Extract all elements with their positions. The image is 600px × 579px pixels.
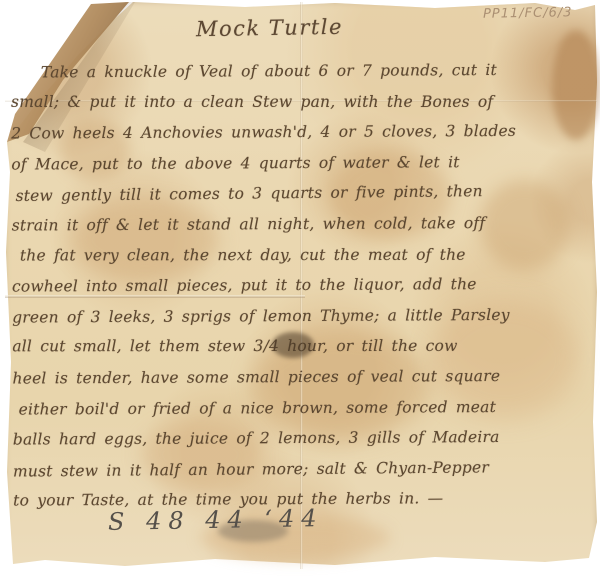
manuscript-line: 2 Cow heels 4 Anchovies unwash'd, 4 or 5…: [11, 116, 593, 150]
numeric-scribble: S 48 44 ‘44: [108, 504, 324, 536]
manuscript-line: cowheel into small pieces, put it to the…: [12, 269, 594, 303]
manuscript-line: of Mace, put to the above 4 quarts of wa…: [11, 146, 593, 180]
manuscript-line: must stew in it half an hour more; salt …: [13, 451, 595, 487]
manuscript-line: green of 3 leeks, 3 sprigs of lemon Thym…: [12, 299, 594, 333]
manuscript-body: Take a knuckle of Veal of about 6 or 7 p…: [11, 54, 595, 516]
manuscript-line: stew gently till it comes to 3 quarts or…: [11, 175, 593, 212]
manuscript-line: Take a knuckle of Veal of about 6 or 7 p…: [11, 54, 593, 88]
manuscript-line: small; & put it into a clean Stew pan, w…: [11, 87, 593, 118]
archive-reference-number: PP11/FC/6/3: [482, 5, 572, 22]
manuscript-line: balls hard eggs, the juice of 2 lemons, …: [13, 422, 595, 456]
manuscript-line: heel is tender, have some small pieces o…: [12, 360, 594, 394]
manuscript-line: either boil'd or fried of a nice brown, …: [13, 391, 595, 425]
scanned-manuscript-page: { "document": { "type": "handwritten rec…: [0, 0, 600, 579]
recipe-title: Mock Turtle: [196, 15, 343, 42]
ink-blot: [272, 332, 314, 358]
manuscript-line: the fat very clean, the next day, cut th…: [12, 239, 594, 271]
manuscript-line: strain it off & let it stand all night, …: [12, 207, 594, 241]
